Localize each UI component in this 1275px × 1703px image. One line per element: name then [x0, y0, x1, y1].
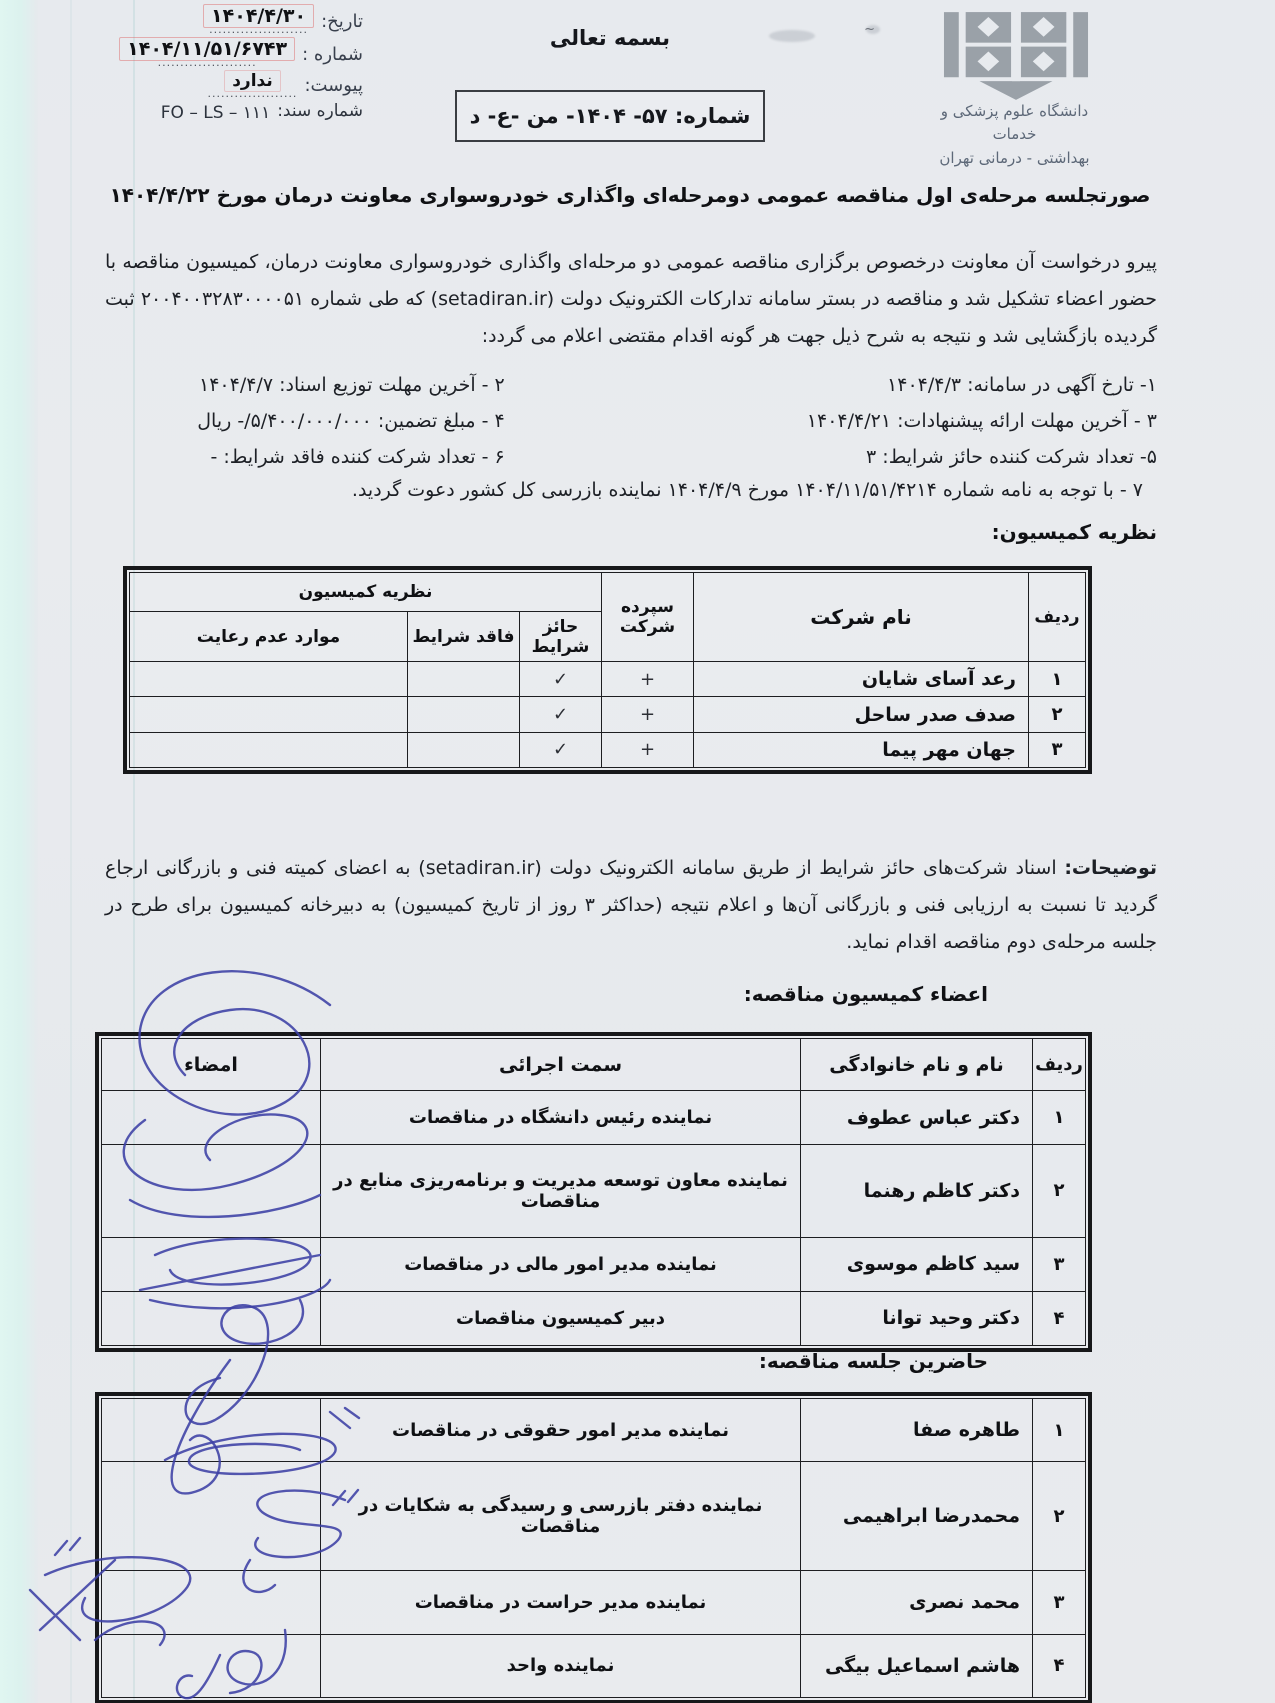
- attendee-role: نماینده واحد: [321, 1634, 801, 1697]
- member-name: سید کاظم موسوی: [801, 1237, 1033, 1291]
- table-row: ۲ محمدرضا ابراهیمی نماینده دفتر بازرسی و…: [102, 1462, 1086, 1571]
- attendees-heading: حاضرین جلسه مناقصه:: [759, 1349, 988, 1373]
- member-name: دکتر کاظم رهنما: [801, 1145, 1033, 1238]
- university-name: دانشگاه علوم پزشکی و خدمات بهداشتی - درم…: [922, 100, 1107, 170]
- member-role: نماینده مدیر امور مالی در مناقصات: [321, 1237, 801, 1291]
- scan-smudge: [769, 30, 815, 42]
- list-item: ۳ - آخرین مهلت ارائه پیشنهادات: ۱۴۰۴/۴/۲…: [505, 410, 1157, 432]
- row-number: ۳: [1033, 1571, 1086, 1634]
- list-item: ۷ - با توجه به نامه شماره ۱۴۰۴/۱۱/۵۱/۴۲۱…: [105, 479, 1143, 501]
- attachment-label: پیوست:: [304, 75, 363, 98]
- col-header-unqualified: فاقد شرایط: [408, 612, 520, 662]
- row-number: ۳: [1029, 732, 1086, 767]
- table-row: ۱ دکتر عباس عطوف نماینده رئیس دانشگاه در…: [102, 1091, 1086, 1145]
- member-name: دکتر وحید توانا: [801, 1291, 1033, 1345]
- university-logo-icon: [942, 8, 1090, 102]
- doc-code-field: شماره سند: FO – LS – ۱۱۱: [103, 101, 363, 123]
- notes-text: اسناد شرکت‌های حائز شرایط از طریق سامانه…: [105, 857, 1157, 953]
- member-role: دبیر کمیسیون مناقصات: [321, 1291, 801, 1345]
- table-row: ۱ رعد آسای شایان + ✓: [130, 662, 1086, 697]
- date-field: تاریخ: ۱۴۰۴/۴/۳۰ ......................: [103, 4, 363, 34]
- attendee-name: محمدرضا ابراهیمی: [801, 1462, 1033, 1571]
- qualified-checkmark-icon: ✓: [520, 697, 602, 732]
- table-row: ۱ طاهره صفا نماینده مدیر امور حقوقی در م…: [102, 1399, 1086, 1462]
- row-number: ۱: [1033, 1091, 1086, 1145]
- table-row: ۲ صدف صدر ساحل + ✓: [130, 697, 1086, 732]
- deposit-mark: +: [602, 662, 694, 697]
- list-item: ۶ - تعداد شرکت کننده فاقد شرایط: -: [105, 446, 505, 468]
- doc-code-label: شماره سند:: [277, 101, 363, 123]
- tender-facts-list: ۱- تارخ آگهی در سامانه: ۱۴۰۴/۴/۳ ۲ - آخر…: [105, 374, 1157, 468]
- signature-cell: [102, 1237, 321, 1291]
- signature-cell: [102, 1462, 321, 1571]
- member-role: نماینده رئیس دانشگاه در مناقصات: [321, 1091, 801, 1145]
- attendee-name: محمد نصری: [801, 1571, 1033, 1634]
- attendee-name: طاهره صفا: [801, 1399, 1033, 1462]
- qualified-checkmark-icon: ✓: [520, 732, 602, 767]
- scan-artifact: ~: [864, 22, 875, 37]
- list-item: ۱- تارخ آگهی در سامانه: ۱۴۰۴/۴/۳: [505, 374, 1157, 396]
- list-item: ۴ - مبلغ تضمین: ۵/۴۰۰/۰۰۰/۰۰۰/- ریال: [105, 410, 505, 432]
- col-header-company: نام شرکت: [694, 573, 1029, 662]
- attendee-name: هاشم اسماعیل بیگی: [801, 1634, 1033, 1697]
- violations-cell: [130, 697, 408, 732]
- reference-number-box: شماره: ۵۷- ۱۴۰۴- من -ع- د: [455, 90, 765, 142]
- notes-paragraph: توضیحات: اسناد شرکت‌های حائز شرایط از طر…: [105, 850, 1157, 961]
- scan-edge-strip: [0, 0, 38, 1703]
- row-number: ۴: [1033, 1634, 1086, 1697]
- col-header-row: ردیف: [1033, 1039, 1086, 1091]
- col-header-name: نام و نام خانوادگی: [801, 1039, 1033, 1091]
- col-header-deposit: سپرده شرکت: [602, 573, 694, 662]
- opinion-table: ردیف نام شرکت سپرده شرکت نظریه کمیسیون ح…: [123, 566, 1092, 774]
- col-header-row: ردیف: [1029, 573, 1086, 662]
- commission-opinion-heading: نظریه کمیسیون:: [992, 520, 1157, 544]
- col-header-opinion: نظریه کمیسیون: [130, 573, 602, 612]
- col-header-signature: امضاء: [102, 1039, 321, 1091]
- table-row: ۴ دکتر وحید توانا دبیر کمیسیون مناقصات: [102, 1291, 1086, 1345]
- row-number: ۲: [1029, 697, 1086, 732]
- date-stamp-value: ۱۴۰۴/۴/۳۰: [203, 4, 314, 28]
- row-number: ۱: [1029, 662, 1086, 697]
- company-name: رعد آسای شایان: [694, 662, 1029, 697]
- company-name: صدف صدر ساحل: [694, 697, 1029, 732]
- deposit-mark: +: [602, 697, 694, 732]
- attendee-role: نماینده دفتر بازرسی و رسیدگی به شکایات د…: [321, 1462, 801, 1571]
- attachment-field: پیوست: ندارد ....................: [103, 70, 363, 98]
- deposit-mark: +: [602, 732, 694, 767]
- signature-cell: [102, 1399, 321, 1462]
- col-header-violations: موارد عدم رعایت: [130, 612, 408, 662]
- violations-cell: [130, 732, 408, 767]
- member-role: نماینده معاون توسعه مدیریت و برنامه‌ریزی…: [321, 1145, 801, 1238]
- document-title: صورتجلسه مرحله‌ی اول مناقصه عمومی دومرحل…: [100, 183, 1160, 207]
- doc-code-value: FO – LS – ۱۱۱: [161, 103, 270, 123]
- company-name: جهان مهر پیما: [694, 732, 1029, 767]
- signature-cell: [102, 1634, 321, 1697]
- signature-cell: [102, 1571, 321, 1634]
- members-table: ردیف نام و نام خانوادگی سمت اجرائی امضاء…: [95, 1032, 1092, 1352]
- member-name: دکتر عباس عطوف: [801, 1091, 1033, 1145]
- number-field: شماره : ۱۴۰۴/۱۱/۵۱/۶۷۴۳ ................…: [103, 37, 363, 67]
- stamp-fields-block: تاریخ: ۱۴۰۴/۴/۳۰ ...................... …: [103, 4, 363, 126]
- besmeleh-text: بسمه تعالی: [455, 26, 765, 50]
- list-item: ۲ - آخرین مهلت توزیع اسناد: ۱۴۰۴/۴/۷: [105, 374, 505, 396]
- row-number: ۲: [1033, 1145, 1086, 1238]
- unqualified-cell: [408, 697, 520, 732]
- table-row: ۳ محمد نصری نماینده مدیر حراست در مناقصا…: [102, 1571, 1086, 1634]
- row-number: ۱: [1033, 1399, 1086, 1462]
- scan-fold-line: [70, 0, 72, 1703]
- attendees-table: ۱ طاهره صفا نماینده مدیر امور حقوقی در م…: [95, 1392, 1092, 1703]
- attendee-role: نماینده مدیر امور حقوقی در مناقصات: [321, 1399, 801, 1462]
- date-label: تاریخ:: [321, 11, 363, 34]
- dotted-leader: ......................: [158, 59, 257, 67]
- dotted-leader: ......................: [209, 26, 308, 34]
- row-number: ۲: [1033, 1462, 1086, 1571]
- unqualified-cell: [408, 662, 520, 697]
- number-stamp-value: ۱۴۰۴/۱۱/۵۱/۶۷۴۳: [119, 37, 295, 61]
- attachment-stamp-value: ندارد: [224, 70, 281, 92]
- attendee-role: نماینده مدیر حراست در مناقصات: [321, 1571, 801, 1634]
- table-row: ۳ سید کاظم موسوی نماینده مدیر امور مالی …: [102, 1237, 1086, 1291]
- signature-cell: [102, 1291, 321, 1345]
- number-label: شماره :: [302, 44, 363, 67]
- scanned-document-page: دانشگاه علوم پزشکی و خدمات بهداشتی - درم…: [0, 0, 1275, 1703]
- signature-cell: [102, 1091, 321, 1145]
- unqualified-cell: [408, 732, 520, 767]
- qualified-checkmark-icon: ✓: [520, 662, 602, 697]
- col-header-role: سمت اجرائی: [321, 1039, 801, 1091]
- commission-members-heading: اعضاء کمیسیون مناقصه:: [744, 982, 988, 1006]
- notes-label: توضیحات:: [1064, 857, 1157, 879]
- list-item: ۵- تعداد شرکت کننده حائز شرایط: ۳: [505, 446, 1157, 468]
- col-header-qualified: حائز شرایط: [520, 612, 602, 662]
- signature-cell: [102, 1145, 321, 1238]
- intro-paragraph: پیرو درخواست آن معاونت درخصوص برگزاری من…: [105, 244, 1157, 355]
- row-number: ۴: [1033, 1291, 1086, 1345]
- table-row: ۳ جهان مهر پیما + ✓: [130, 732, 1086, 767]
- row-number: ۳: [1033, 1237, 1086, 1291]
- table-row: ۲ دکتر کاظم رهنما نماینده معاون توسعه مد…: [102, 1145, 1086, 1238]
- violations-cell: [130, 662, 408, 697]
- dotted-leader: ....................: [208, 90, 298, 98]
- table-row: ۴ هاشم اسماعیل بیگی نماینده واحد: [102, 1634, 1086, 1697]
